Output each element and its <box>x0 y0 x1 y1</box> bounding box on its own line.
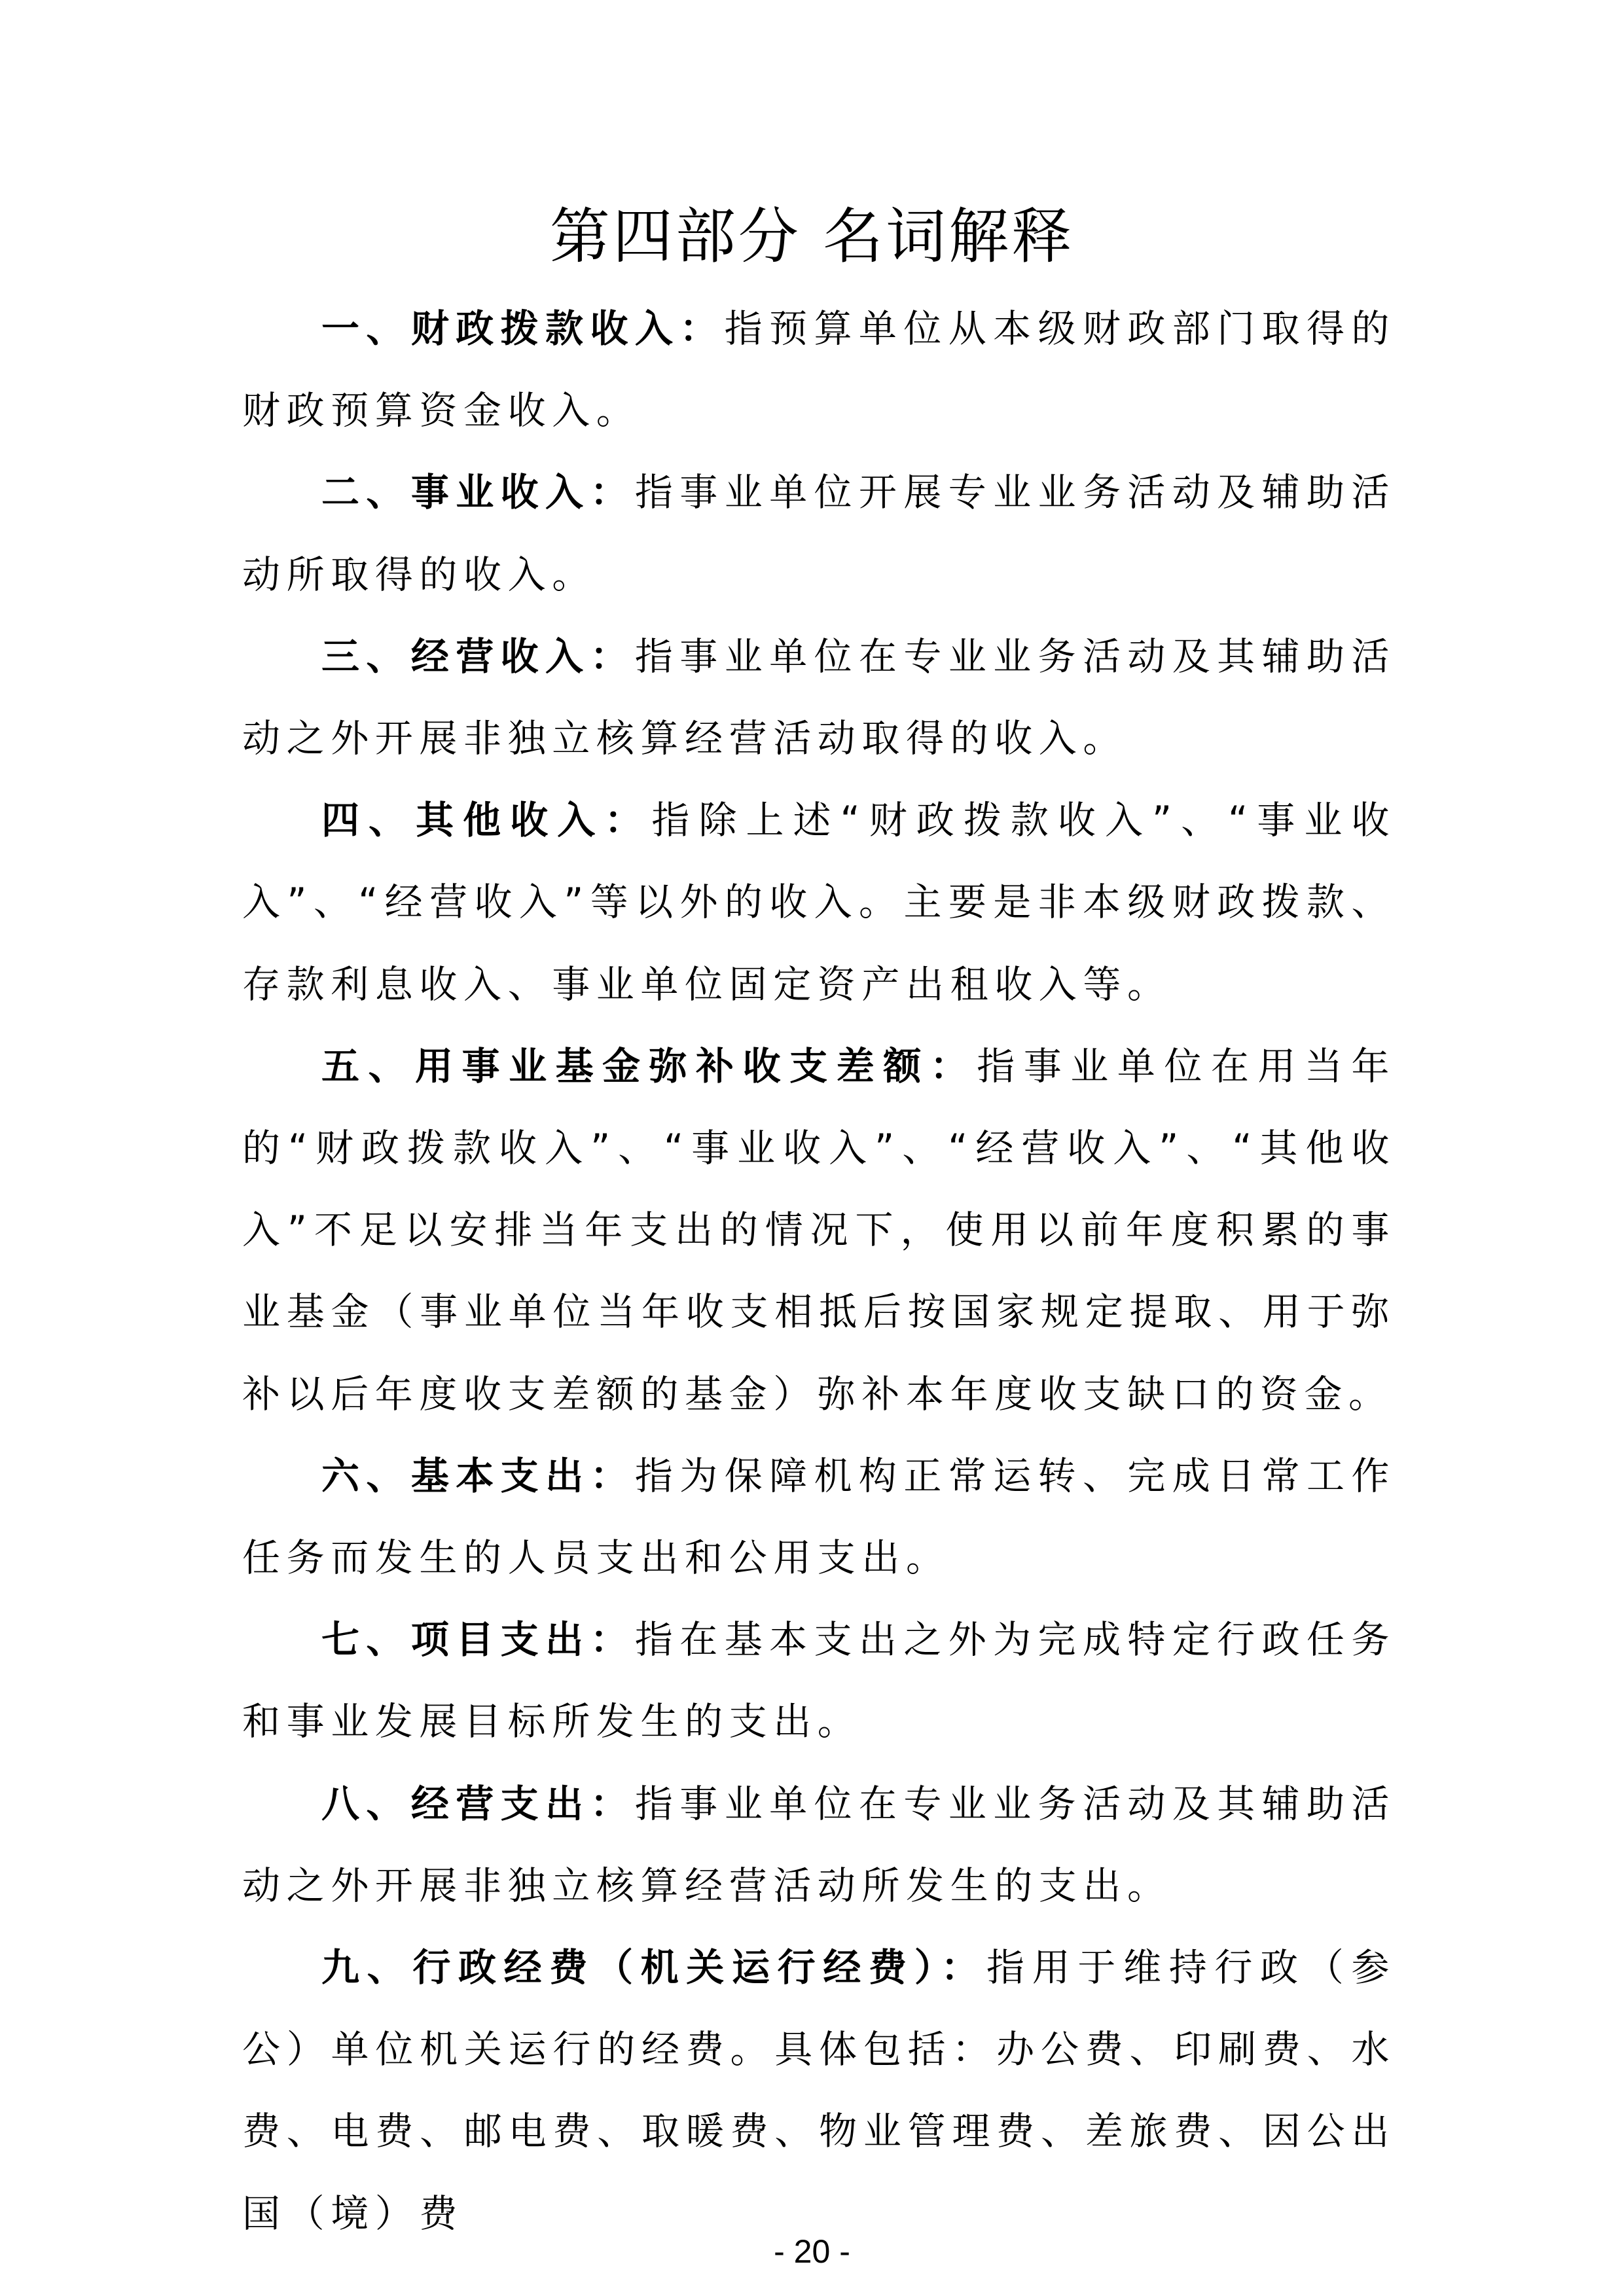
term-label: 三、经营收入： <box>321 634 635 679</box>
definition-paragraph: 四、其他收入：指除上述“财政拨款收入”、“事业收入”、“经营收入”等以外的收入。… <box>242 780 1396 1026</box>
term-label: 二、事业收入： <box>321 470 635 514</box>
term-label: 一、财政拨款收入： <box>321 306 725 351</box>
definitions-body: 一、财政拨款收入：指预算单位从本级财政部门取得的财政预算资金收入。 二、事业收入… <box>242 288 1396 2255</box>
term-definition: 指事业单位在用当年的“财政拨款收入”、“事业收入”、“经营收入”、“其他收入”不… <box>242 1044 1396 1416</box>
definition-paragraph: 六、基本支出：指为保障机构正常运转、完成日常工作任务而发生的人员支出和公用支出。 <box>242 1435 1396 1599</box>
definition-paragraph: 八、经营支出：指事业单位在专业业务活动及其辅助活动之外开展非独立核算经营活动所发… <box>242 1763 1396 1927</box>
definition-paragraph: 三、经营收入：指事业单位在专业业务活动及其辅助活动之外开展非独立核算经营活动取得… <box>242 616 1396 780</box>
term-label: 八、经营支出： <box>321 1782 635 1826</box>
page-number: - 20 - <box>0 2232 1624 2271</box>
definition-paragraph: 五、用事业基金弥补收支差额：指事业单位在用当年的“财政拨款收入”、“事业收入”、… <box>242 1026 1396 1435</box>
definition-paragraph: 一、财政拨款收入：指预算单位从本级财政部门取得的财政预算资金收入。 <box>242 288 1396 452</box>
definition-paragraph: 二、事业收入：指事业单位开展专业业务活动及辅助活动所取得的收入。 <box>242 452 1396 615</box>
term-label: 五、用事业基金弥补收支差额： <box>321 1044 977 1088</box>
term-label: 七、项目支出： <box>321 1617 635 1662</box>
definition-paragraph: 七、项目支出：指在基本支出之外为完成特定行政任务和事业发展目标所发生的支出。 <box>242 1599 1396 1763</box>
term-label: 四、其他收入： <box>321 798 651 842</box>
term-label: 九、行政经费（机关运行经费）： <box>321 1945 986 1990</box>
document-page: 第四部分 名词解释 一、财政拨款收入：指预算单位从本级财政部门取得的财政预算资金… <box>0 0 1624 2296</box>
page-title: 第四部分 名词解释 <box>0 198 1624 276</box>
term-label: 六、基本支出： <box>321 1454 635 1498</box>
definition-paragraph: 九、行政经费（机关运行经费）：指用于维持行政（参公）单位机关运行的经费。具体包括… <box>242 1927 1396 2255</box>
